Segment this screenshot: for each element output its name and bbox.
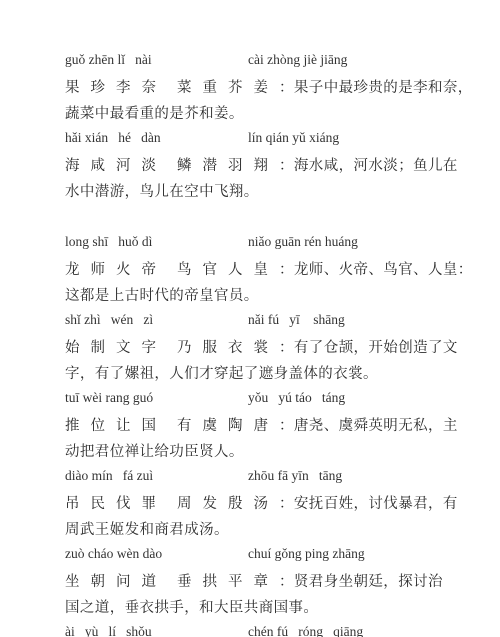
verse-line: 吊民伐罪 周发殷汤 ：安抚百姓，讨伐暴君，有	[65, 489, 467, 515]
verse-right-group: 鳞潜羽翔	[177, 154, 279, 175]
explanation-continuation: 蔬菜中最看重的是芥和姜。	[65, 102, 244, 123]
verse-left-group: 始制文字	[65, 336, 177, 357]
pinyin-right-group: nǎi fú yī shāng	[248, 312, 345, 328]
explanation-start: ：唐尧、虞舜英明无私，主	[279, 414, 458, 435]
verse-right-group: 有虞陶唐	[177, 414, 279, 435]
explanation-line: 水中潜游，鸟儿在空中飞翔。	[65, 177, 467, 203]
pinyin-left-group: diào mín fá zuì	[65, 468, 153, 484]
pinyin-left-group: ài yù lí shǒu	[65, 624, 152, 637]
pinyin-left-group: guǒ zhēn lǐ nài	[65, 52, 152, 68]
pinyin-left-group: zuò cháo wèn dào	[65, 546, 162, 562]
verse-left-group: 吊民伐罪	[65, 492, 177, 513]
pinyin-right-group: chén fú róng qiāng	[248, 624, 363, 637]
text-block: diào mín fá zuì zhōu fā yīn tāng 吊民伐罪 周发…	[65, 463, 467, 541]
text-block: zuò cháo wèn dào chuí gǒng ping zhāng 坐朝…	[65, 541, 467, 619]
explanation-line: 这都是上古时代的帝皇官员。	[65, 281, 467, 307]
verse-left-group: 果珍李奈	[65, 76, 177, 97]
verse-line: 海咸河淡 鳞潜羽翔 ：海水咸，河水淡；鱼儿在	[65, 151, 467, 177]
text-block: shǐ zhì wén zì nǎi fú yī shāng 始制文字 乃服衣裳…	[65, 307, 467, 385]
explanation-line: 蔬菜中最看重的是芥和姜。	[65, 99, 467, 125]
text-block: tuī wèi rang guó yǒu yú táo táng 推位让国 有虞…	[65, 385, 467, 463]
explanation-continuation: 周武王姬发和商君成汤。	[65, 518, 229, 539]
explanation-continuation: 国之道，垂衣拱手，和大臣共商国事。	[65, 596, 318, 617]
verse-line: 推位让国 有虞陶唐 ：唐尧、虞舜英明无私，主	[65, 411, 467, 437]
pinyin-line: ài yù lí shǒu chén fú róng qiāng	[65, 619, 467, 637]
pinyin-left-group: shǐ zhì wén zì	[65, 312, 153, 328]
explanation-start: ：海水咸，河水淡；鱼儿在	[279, 154, 458, 175]
pinyin-right-group: cài zhòng jiè jiāng	[248, 52, 347, 68]
verse-right-group: 乃服衣裳	[177, 336, 279, 357]
pinyin-right-group: lín qián yǔ xiáng	[248, 130, 339, 146]
verse-right-group: 菜重芥姜	[177, 76, 279, 97]
verse-left-group: 推位让国	[65, 414, 177, 435]
pinyin-left-group: tuī wèi rang guó	[65, 390, 153, 406]
pinyin-left-group: hǎi xián hé dàn	[65, 130, 161, 146]
explanation-start: ：有了仓颉，开始创造了文	[279, 336, 458, 357]
text-block: ài yù lí shǒu chén fú róng qiāng	[65, 619, 467, 637]
verse-line: 果珍李奈 菜重芥姜 ：果子中最珍贵的是李和奈，	[65, 73, 467, 99]
verse-line: 龙师火帝 鸟官人皇 ：龙师、火帝、鸟官、人皇：	[65, 255, 467, 281]
pinyin-line: zuò cháo wèn dào chuí gǒng ping zhāng	[65, 541, 467, 567]
verse-right-group: 周发殷汤	[177, 492, 279, 513]
explanation-continuation: 动把君位禅让给功臣贤人。	[65, 440, 244, 461]
text-block: long shī huǒ dì niǎo guān rén huáng 龙师火帝…	[65, 229, 467, 307]
explanation-line: 国之道，垂衣拱手，和大臣共商国事。	[65, 593, 467, 619]
explanation-line: 字，有了嫘祖，人们才穿起了遮身盖体的衣裳。	[65, 359, 467, 385]
explanation-start: ：贤君身坐朝廷，探讨治	[279, 570, 443, 591]
verse-left-group: 海咸河淡	[65, 154, 177, 175]
pinyin-right-group: niǎo guān rén huáng	[248, 234, 358, 250]
text-block: guǒ zhēn lǐ nài cài zhòng jiè jiāng 果珍李奈…	[65, 47, 467, 125]
verse-line: 坐朝问道 垂拱平章 ：贤君身坐朝廷，探讨治	[65, 567, 467, 593]
pinyin-line: tuī wèi rang guó yǒu yú táo táng	[65, 385, 467, 411]
pinyin-line: long shī huǒ dì niǎo guān rén huáng	[65, 229, 467, 255]
pinyin-right-group: zhōu fā yīn tāng	[248, 468, 342, 484]
explanation-start: ：龙师、火帝、鸟官、人皇：	[279, 258, 473, 279]
pinyin-line: shǐ zhì wén zì nǎi fú yī shāng	[65, 307, 467, 333]
pinyin-line: hǎi xián hé dàn lín qián yǔ xiáng	[65, 125, 467, 151]
document-page: guǒ zhēn lǐ nài cài zhòng jiè jiāng 果珍李奈…	[65, 47, 467, 637]
explanation-continuation: 这都是上古时代的帝皇官员。	[65, 284, 259, 305]
explanation-line: 周武王姬发和商君成汤。	[65, 515, 467, 541]
verse-left-group: 坐朝问道	[65, 570, 177, 591]
text-block: hǎi xián hé dàn lín qián yǔ xiáng 海咸河淡 鳞…	[65, 125, 467, 203]
verse-left-group: 龙师火帝	[65, 258, 177, 279]
verse-line: 始制文字 乃服衣裳 ：有了仓颉，开始创造了文	[65, 333, 467, 359]
pinyin-left-group: long shī huǒ dì	[65, 234, 152, 250]
pinyin-right-group: chuí gǒng ping zhāng	[248, 546, 365, 562]
verse-right-group: 鸟官人皇	[177, 258, 279, 279]
explanation-continuation: 水中潜游，鸟儿在空中飞翔。	[65, 180, 259, 201]
pinyin-right-group: yǒu yú táo táng	[248, 390, 345, 406]
pinyin-line: guǒ zhēn lǐ nài cài zhòng jiè jiāng	[65, 47, 467, 73]
verse-right-group: 垂拱平章	[177, 570, 279, 591]
explanation-line: 动把君位禅让给功臣贤人。	[65, 437, 467, 463]
explanation-continuation: 字，有了嫘祖，人们才穿起了遮身盖体的衣裳。	[65, 362, 378, 383]
pinyin-line: diào mín fá zuì zhōu fā yīn tāng	[65, 463, 467, 489]
explanation-start: ：安抚百姓，讨伐暴君，有	[279, 492, 458, 513]
explanation-start: ：果子中最珍贵的是李和奈，	[279, 76, 473, 97]
